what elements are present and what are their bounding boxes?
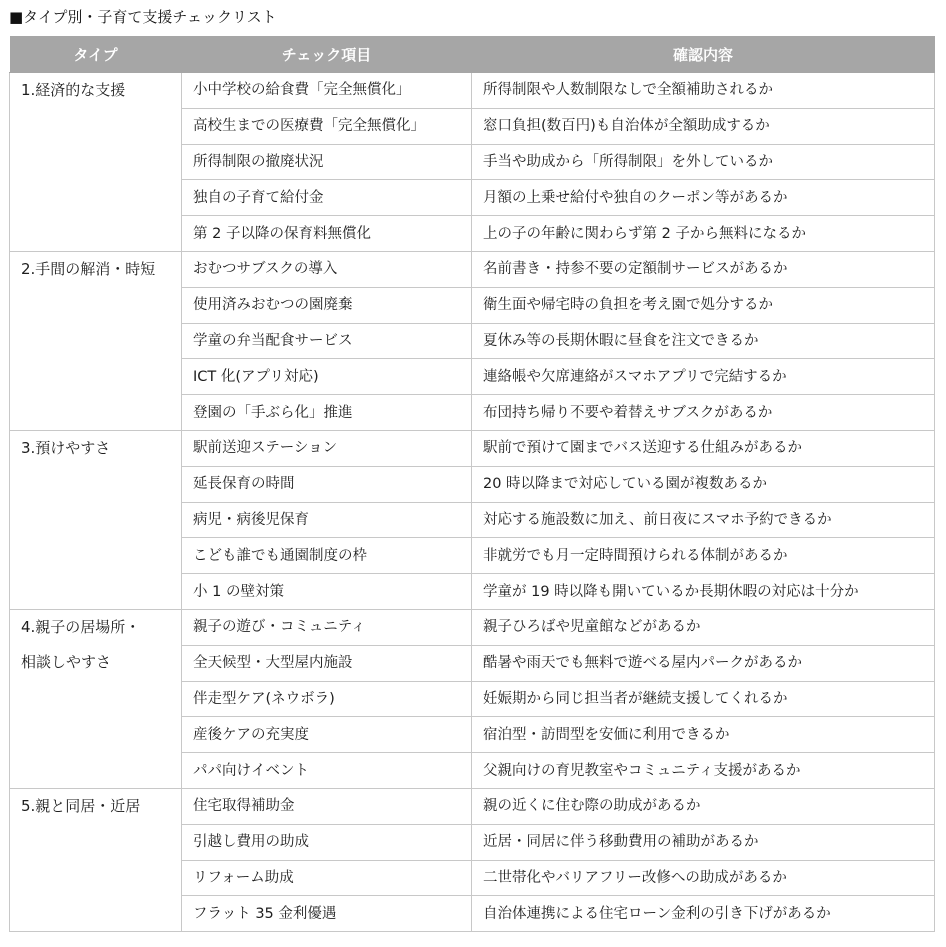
check-content: 夏休み等の長期休暇に昼食を注文できるか [472, 323, 935, 359]
check-item: フラット 35 金利優遇 [182, 896, 472, 932]
check-item: 登園の「手ぶら化」推進 [182, 395, 472, 431]
type-cell-economic: 1.経済的な支援 [10, 73, 182, 252]
check-item: パパ向けイベント [182, 753, 472, 789]
check-item: こども誰でも通園制度の枠 [182, 538, 472, 574]
check-content: 窓口負担(数百円)も自治体が全額助成するか [472, 108, 935, 144]
check-content: 名前書き・持参不要の定額制サービスがあるか [472, 251, 935, 287]
check-content: 宿泊型・訪問型を安価に利用できるか [472, 717, 935, 753]
check-item: 親子の遊び・コミュニティ [182, 609, 472, 645]
check-item: リフォーム助成 [182, 860, 472, 896]
check-item: 延長保育の時間 [182, 466, 472, 502]
check-item: 引越し費用の助成 [182, 824, 472, 860]
table-row: 3.預けやすさ 駅前送迎ステーション 駅前で預けて園までバス送迎する仕組みがある… [10, 430, 935, 466]
table-row: 5.親と同居・近居 住宅取得補助金 親の近くに住む際の助成があるか [10, 788, 935, 824]
table-header-row: タイプ チェック項目 確認内容 [10, 37, 935, 73]
type-cell-time-saving: 2.手間の解消・時短 [10, 251, 182, 430]
type-cell-parent-child-space: 4.親子の居場所・ 相談しやすさ [10, 609, 182, 788]
check-item: 所得制限の撤廃状況 [182, 144, 472, 180]
check-content: 二世帯化やバリアフリー改修への助成があるか [472, 860, 935, 896]
check-content: 20 時以降まで対応している園が複数あるか [472, 466, 935, 502]
checklist-table: タイプ チェック項目 確認内容 1.経済的な支援 小中学校の給食費「完全無償化」… [9, 36, 935, 932]
check-item: 駅前送迎ステーション [182, 430, 472, 466]
check-item: 伴走型ケア(ネウボラ) [182, 681, 472, 717]
page-title: ■タイプ別・子育て支援チェックリスト [9, 6, 277, 28]
check-content: 上の子の年齢に関わらず第 2 子から無料になるか [472, 216, 935, 252]
check-item: 学童の弁当配食サービス [182, 323, 472, 359]
type-cell-living-near-parents: 5.親と同居・近居 [10, 788, 182, 931]
check-item: ICT 化(アプリ対応) [182, 359, 472, 395]
check-content: 親子ひろばや児童館などがあるか [472, 609, 935, 645]
type-cell-childcare-access: 3.預けやすさ [10, 430, 182, 609]
check-content: 酷暑や雨天でも無料で遊べる屋内パークがあるか [472, 645, 935, 681]
check-content: 対応する施設数に加え、前日夜にスマホ予約できるか [472, 502, 935, 538]
check-content: 布団持ち帰り不要や着替えサブスクがあるか [472, 395, 935, 431]
check-item: 産後ケアの充実度 [182, 717, 472, 753]
check-content: 学童が 19 時以降も開いているか長期休暇の対応は十分か [472, 574, 935, 610]
table-row: 4.親子の居場所・ 相談しやすさ 親子の遊び・コミュニティ 親子ひろばや児童館な… [10, 609, 935, 645]
check-content: 父親向けの育児教室やコミュニティ支援があるか [472, 753, 935, 789]
check-item: 住宅取得補助金 [182, 788, 472, 824]
check-item: 小中学校の給食費「完全無償化」 [182, 73, 472, 109]
header-check-content: 確認内容 [472, 37, 935, 73]
check-content: 駅前で預けて園までバス送迎する仕組みがあるか [472, 430, 935, 466]
table-row: 2.手間の解消・時短 おむつサブスクの導入 名前書き・持参不要の定額制サービスが… [10, 251, 935, 287]
check-content: 自治体連携による住宅ローン金利の引き下げがあるか [472, 896, 935, 932]
header-check-item: チェック項目 [182, 37, 472, 73]
check-content: 近居・同居に伴う移動費用の補助があるか [472, 824, 935, 860]
check-content: 妊娠期から同じ担当者が継続支援してくれるか [472, 681, 935, 717]
check-item: 独自の子育て給付金 [182, 180, 472, 216]
check-content: 手当や助成から「所得制限」を外しているか [472, 144, 935, 180]
table-row: 1.経済的な支援 小中学校の給食費「完全無償化」 所得制限や人数制限なしで全額補… [10, 73, 935, 109]
check-item: 小 1 の壁対策 [182, 574, 472, 610]
check-item: 全天候型・大型屋内施設 [182, 645, 472, 681]
header-type: タイプ [10, 37, 182, 73]
check-content: 月額の上乗せ給付や独自のクーポン等があるか [472, 180, 935, 216]
check-item: 第 2 子以降の保育料無償化 [182, 216, 472, 252]
check-item: おむつサブスクの導入 [182, 251, 472, 287]
check-content: 連絡帳や欠席連絡がスマホアプリで完結するか [472, 359, 935, 395]
check-content: 非就労でも月一定時間預けられる体制があるか [472, 538, 935, 574]
check-item: 使用済みおむつの園廃棄 [182, 287, 472, 323]
check-content: 衛生面や帰宅時の負担を考え園で処分するか [472, 287, 935, 323]
check-content: 親の近くに住む際の助成があるか [472, 788, 935, 824]
check-item: 高校生までの医療費「完全無償化」 [182, 108, 472, 144]
check-item: 病児・病後児保育 [182, 502, 472, 538]
check-content: 所得制限や人数制限なしで全額補助されるか [472, 73, 935, 109]
